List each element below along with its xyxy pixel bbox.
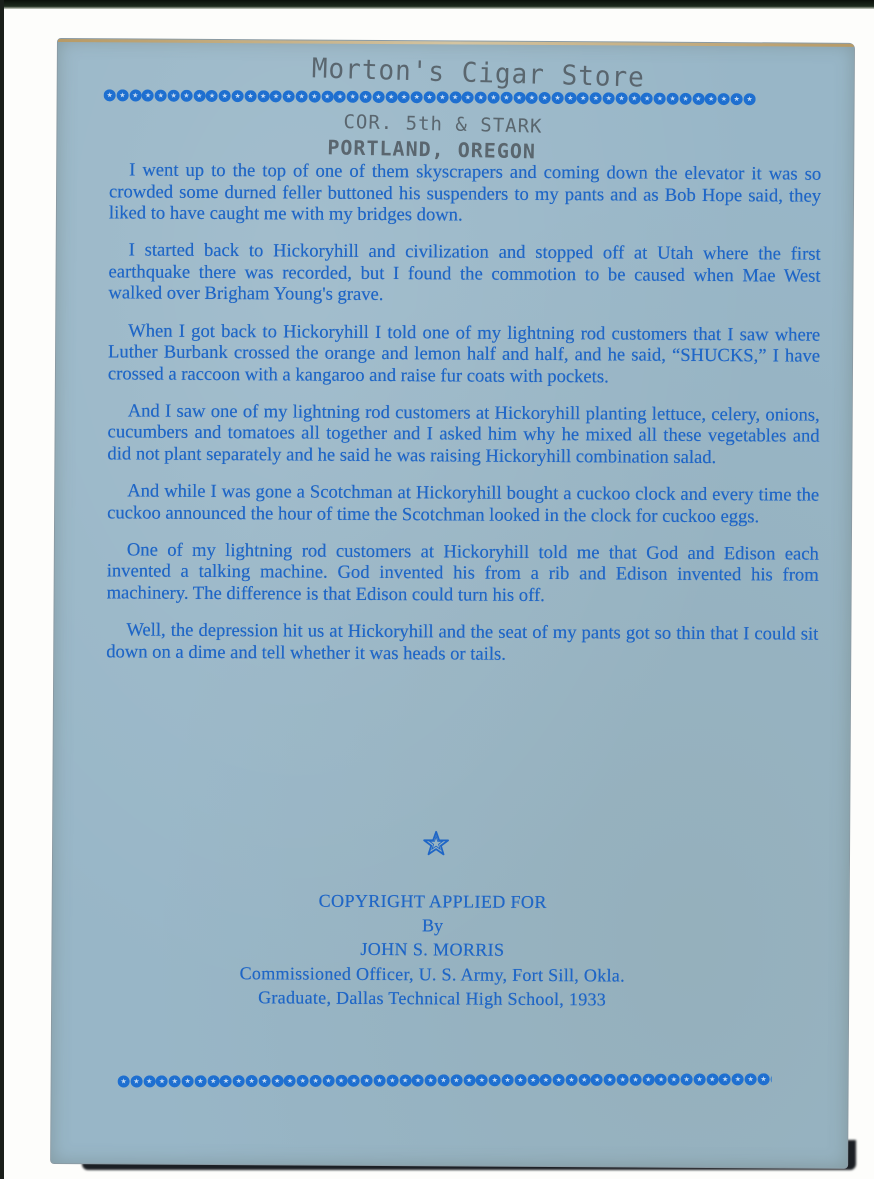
- border-star-link-icon: ★: [718, 93, 730, 105]
- border-star-link-icon: ★: [361, 1075, 373, 1087]
- store-stamp-address: COR. 5th & STARK: [343, 111, 542, 138]
- border-star-link-icon: ★: [693, 1073, 705, 1085]
- border-star-link-icon: ★: [551, 92, 563, 104]
- border-star-link-icon: ★: [258, 1075, 270, 1087]
- border-star-link-icon: ★: [436, 91, 448, 103]
- paragraph: One of my lightning rod customers at Hic…: [107, 539, 819, 608]
- border-star-link-icon: ★: [526, 92, 538, 104]
- border-star-link-icon: ★: [372, 91, 384, 103]
- border-star-link-icon: ★: [116, 89, 128, 101]
- border-star-link-icon: ★: [513, 92, 525, 104]
- border-star-link-icon: ★: [743, 93, 755, 105]
- border-star-link-icon: ★: [719, 1073, 731, 1085]
- star-outline-icon: [423, 830, 449, 856]
- border-star-link-icon: ★: [615, 92, 627, 104]
- border-star-link-icon: ★: [347, 91, 359, 103]
- paragraph: I went up to the top of one of them skys…: [109, 159, 821, 228]
- border-star-link-icon: ★: [475, 92, 487, 104]
- border-star-link-icon: ★: [731, 93, 743, 105]
- border-star-link-icon: ★: [334, 91, 346, 103]
- paragraph: I started back to Hickoryhill and civili…: [108, 240, 820, 309]
- border-star-link-icon: ★: [374, 1075, 386, 1087]
- border-star-link-icon: ★: [385, 91, 397, 103]
- border-star-link-icon: ★: [335, 1075, 347, 1087]
- border-star-link-icon: ★: [232, 90, 244, 102]
- border-star-link-icon: ★: [257, 90, 269, 102]
- border-star-link-icon: ★: [308, 91, 320, 103]
- border-star-link-icon: ★: [462, 91, 474, 103]
- copyright-block: COPYRIGHT APPLIED FOR By JOHN S. MORRIS …: [152, 888, 713, 1012]
- border-star-link-icon: ★: [679, 93, 691, 105]
- border-star-link-icon: ★: [130, 1075, 142, 1087]
- border-star-link-icon: ★: [246, 1075, 258, 1087]
- border-star-link-icon: ★: [233, 1075, 245, 1087]
- border-star-link-icon: ★: [425, 1074, 437, 1086]
- border-star-link-icon: ★: [104, 89, 116, 101]
- ornamental-border-bottom: ★★★★★★★★★★★★★★★★★★★★★★★★★★★★★★★★★★★★★★★★…: [118, 1073, 772, 1089]
- border-star-link-icon: ★: [284, 1075, 296, 1087]
- border-star-link-icon: ★: [129, 89, 141, 101]
- border-star-link-icon: ★: [603, 92, 615, 104]
- border-star-link-icon: ★: [463, 1074, 475, 1086]
- border-star-link-icon: ★: [655, 1074, 667, 1086]
- author-name: JOHN S. MORRIS: [152, 936, 712, 964]
- border-star-link-icon: ★: [654, 93, 666, 105]
- paragraph: And while I was gone a Scotchman at Hick…: [107, 480, 819, 528]
- scanner-edge-left: [0, 0, 4, 1179]
- border-star-link-icon: ★: [757, 1073, 769, 1085]
- border-star-link-icon: ★: [398, 91, 410, 103]
- border-star-link-icon: ★: [449, 91, 461, 103]
- border-star-link-icon: ★: [706, 1073, 718, 1085]
- border-star-link-icon: ★: [270, 90, 282, 102]
- border-star-link-icon: ★: [156, 1075, 168, 1087]
- booklet-back-cover: Morton's Cigar Store ★★★★★★★★★★★★★★★★★★★…: [50, 38, 855, 1169]
- border-star-link-icon: ★: [667, 93, 679, 105]
- border-star-link-icon: ★: [168, 90, 180, 102]
- border-star-link-icon: ★: [590, 92, 602, 104]
- border-star-link-icon: ★: [412, 1074, 424, 1086]
- border-star-link-icon: ★: [271, 1075, 283, 1087]
- store-stamp-name: Morton's Cigar Store: [311, 53, 645, 94]
- border-star-link-icon: ★: [577, 92, 589, 104]
- border-star-link-icon: ★: [182, 1075, 194, 1087]
- border-star-link-icon: ★: [745, 1073, 757, 1085]
- border-star-link-icon: ★: [206, 90, 218, 102]
- border-star-link-icon: ★: [155, 90, 167, 102]
- border-star-link-icon: ★: [770, 1073, 771, 1085]
- border-star-link-icon: ★: [617, 1074, 629, 1086]
- border-star-link-icon: ★: [604, 1074, 616, 1086]
- border-star-link-icon: ★: [705, 93, 717, 105]
- border-star-link-icon: ★: [514, 1074, 526, 1086]
- border-star-link-icon: ★: [142, 90, 154, 102]
- paragraph: Well, the depression hit us at Hickoryhi…: [106, 619, 818, 667]
- border-star-link-icon: ★: [500, 92, 512, 104]
- border-star-link-icon: ★: [386, 1075, 398, 1087]
- border-star-link-icon: ★: [220, 1075, 232, 1087]
- border-star-link-icon: ★: [540, 1074, 552, 1086]
- border-star-link-icon: ★: [553, 1074, 565, 1086]
- border-star-link-icon: ★: [169, 1075, 181, 1087]
- border-star-link-icon: ★: [283, 90, 295, 102]
- border-star-link-icon: ★: [668, 1074, 680, 1086]
- byline-label: By: [153, 912, 713, 939]
- border-star-link-icon: ★: [641, 93, 653, 105]
- border-star-link-icon: ★: [629, 1074, 641, 1086]
- border-star-link-icon: ★: [118, 1075, 130, 1087]
- border-star-link-icon: ★: [692, 93, 704, 105]
- border-star-link-icon: ★: [297, 1075, 309, 1087]
- border-star-link-icon: ★: [476, 1074, 488, 1086]
- worn-top-edge: [58, 39, 854, 47]
- border-star-link-icon: ★: [360, 91, 372, 103]
- paragraph: When I got back to Hickoryhill I told on…: [108, 320, 820, 389]
- ornamental-border-top: ★★★★★★★★★★★★★★★★★★★★★★★★★★★★★★★★★★★★★★★★…: [104, 89, 756, 107]
- border-star-link-icon: ★: [489, 1074, 501, 1086]
- border-star-link-icon: ★: [578, 1074, 590, 1086]
- border-star-link-icon: ★: [310, 1075, 322, 1087]
- border-star-link-icon: ★: [438, 1074, 450, 1086]
- border-star-link-icon: ★: [322, 1075, 334, 1087]
- author-title: Commissioned Officer, U. S. Army, Fort S…: [152, 961, 712, 988]
- border-star-link-icon: ★: [321, 91, 333, 103]
- border-star-link-icon: ★: [296, 90, 308, 102]
- border-star-link-icon: ★: [502, 1074, 514, 1086]
- border-star-link-icon: ★: [450, 1074, 462, 1086]
- border-star-link-icon: ★: [628, 92, 640, 104]
- border-star-link-icon: ★: [642, 1074, 654, 1086]
- scanner-edge-top: [0, 0, 874, 9]
- border-star-link-icon: ★: [399, 1075, 411, 1087]
- border-star-link-icon: ★: [564, 92, 576, 104]
- border-star-link-icon: ★: [193, 90, 205, 102]
- paragraph: And I saw one of my lightning rod custom…: [107, 400, 819, 469]
- border-star-link-icon: ★: [565, 1074, 577, 1086]
- border-star-link-icon: ★: [207, 1075, 219, 1087]
- border-star-link-icon: ★: [244, 90, 256, 102]
- border-star-link-icon: ★: [681, 1074, 693, 1086]
- border-star-link-icon: ★: [180, 90, 192, 102]
- store-stamp-city: PORTLAND, OREGON: [327, 135, 536, 163]
- border-star-link-icon: ★: [219, 90, 231, 102]
- story-text: I went up to the top of one of them skys…: [106, 159, 821, 682]
- border-star-link-icon: ★: [591, 1074, 603, 1086]
- border-star-link-icon: ★: [424, 91, 436, 103]
- border-star-link-icon: ★: [348, 1075, 360, 1087]
- border-star-link-icon: ★: [143, 1075, 155, 1087]
- border-star-link-icon: ★: [411, 91, 423, 103]
- author-education: Graduate, Dallas Technical High School, …: [152, 985, 712, 1012]
- border-star-link-icon: ★: [488, 92, 500, 104]
- border-star-link-icon: ★: [539, 92, 551, 104]
- border-star-link-icon: ★: [732, 1073, 744, 1085]
- border-star-link-icon: ★: [527, 1074, 539, 1086]
- copyright-notice: COPYRIGHT APPLIED FOR: [153, 888, 713, 915]
- border-star-link-icon: ★: [194, 1075, 206, 1087]
